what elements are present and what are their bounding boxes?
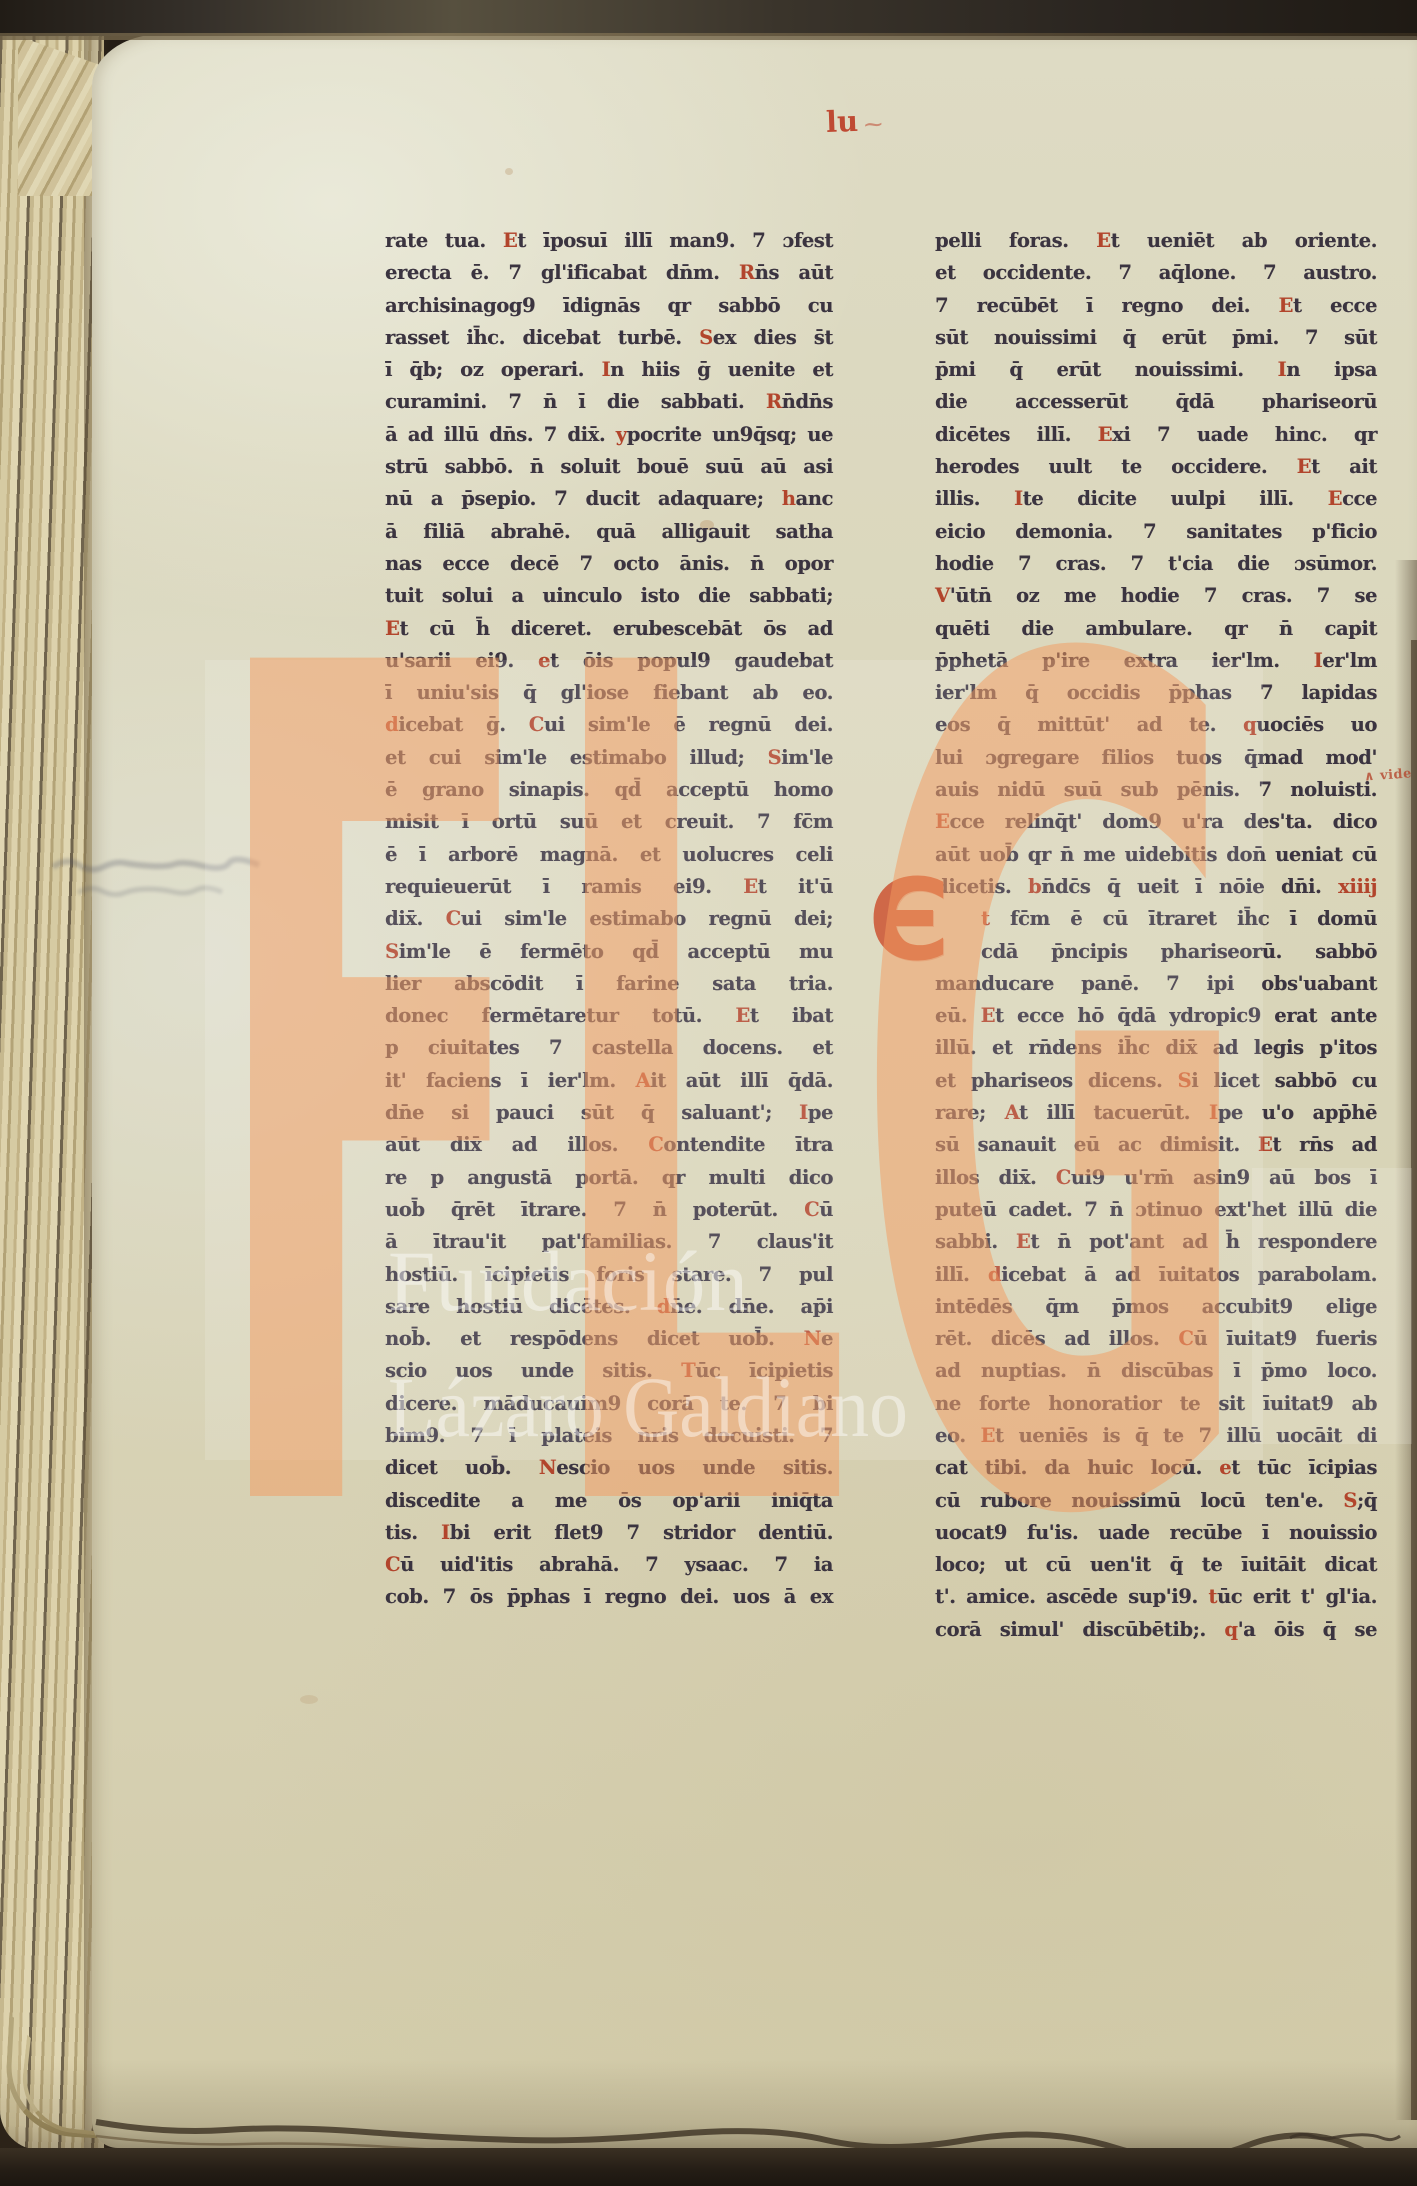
ink-text: cdā p̄ncipis phariseorū. sabbō	[981, 940, 1377, 963]
ink-text: ui9 u'rm̄ asin9 aū bos ī	[1071, 1166, 1377, 1189]
ink-text: icebat ā ad īuitatos parabolam.	[1001, 1263, 1377, 1286]
ink-text: icebat ḡ.	[398, 713, 529, 736]
ink-text: ex dies s̄t	[713, 326, 833, 349]
ink-text: escio uos unde sitis.	[556, 1456, 833, 1479]
ink-text: u'sarii ei9.	[385, 649, 538, 672]
offset-ink-ghost	[48, 845, 288, 915]
ink-text: rasset ih̄c. dicebat turbē.	[385, 326, 699, 349]
ink-text: t ibat	[750, 1004, 833, 1027]
ink-text: p̄phetā p'ire extra ier'lm.	[935, 649, 1314, 672]
book-top-edge	[0, 33, 1417, 40]
ink-text: cob. 7 ōs p̄phas ī regno dei. uos ā ex	[385, 1585, 833, 1608]
ink-text: n̄dc̄s q̄ ueit ī nōie dn̄i.	[1041, 875, 1338, 898]
ink-text: discedite a me ōs op'arii iniq̄ta	[385, 1489, 833, 1512]
rubric-text: I	[1209, 1101, 1218, 1124]
rubric-text: C	[446, 907, 461, 930]
ink-text: scio uos unde sitis.	[385, 1359, 681, 1382]
ink-text: pelli foras.	[935, 229, 1096, 252]
ink-text: n̄dn̄s	[782, 390, 833, 413]
ink-text: bi erit flet9 7 stridor dentiū.	[450, 1521, 833, 1544]
ink-text: lier abscōdit ī farine sata tria.	[385, 972, 833, 995]
ink-text: hostiū. īcipietis foris stare. 7 pul	[385, 1263, 833, 1286]
ink-text: im'le	[781, 746, 833, 769]
manuscript-text-line: ā filiā abrahē. quā alligauit satha	[385, 516, 833, 548]
rubric-text: R	[739, 261, 755, 284]
rubric-text: C	[385, 1553, 400, 1576]
ink-text: t rn̄s ad	[1272, 1133, 1377, 1156]
ink-text: it aūt illī q̄dā.	[650, 1069, 833, 1092]
ink-text: intēdēs q̄m p̄mos accubit9 elige	[935, 1295, 1377, 1318]
ink-text: archisinagog9 īdignās qr sabbō cu	[385, 294, 833, 317]
manuscript-text-line: ī uniu'sis q̄ gl'iose fiebant ab eo.	[385, 677, 833, 709]
ink-text: strū sabbō. n̄ soluit bouē suū aū asi	[385, 455, 833, 478]
manuscript-text-line: dix̄. Cui sim'le estimabo regnū dei;	[385, 903, 833, 935]
rubric-text: E	[981, 1004, 995, 1027]
manuscript-text-line: cdā p̄ncipis phariseorū. sabbō	[935, 936, 1377, 968]
ink-text: dicet uob̄.	[385, 1456, 539, 1479]
ink-text: misit ī ortū suū et creuit. 7 fc̄m	[385, 810, 833, 833]
ink-text: 7 recūbēt ī regno dei.	[935, 294, 1279, 317]
ink-text: tis.	[385, 1521, 441, 1544]
ink-text: t cū h̄ diceret. erubescebāt ōs ad	[399, 617, 833, 640]
manuscript-text-line: dn̄e si pauci sūt q̄ saluant'; Ipe	[385, 1097, 833, 1129]
manuscript-text-line: et cui sim'le estimabo illud; Sim'le	[385, 742, 833, 774]
manuscript-text-line: et phariseos dicens. Si licet sabbō cu	[935, 1065, 1377, 1097]
rubric-text: xiiij	[1338, 875, 1377, 898]
rubric-text: h	[782, 487, 796, 510]
rubric-text: E	[1096, 229, 1110, 252]
ink-text: bim9. 7 ī plateis n̄ris docuisti. 7	[385, 1424, 833, 1447]
manuscript-text-line: p̄mi q̄ erūt nouissimi. In ipsa	[935, 354, 1377, 386]
manuscript-text-line: eo. Et ueniēs is q̄ te 7 illū uocāit di	[935, 1420, 1377, 1452]
ink-text: aūt dix̄ ad illos.	[385, 1133, 648, 1156]
ink-text: et phariseos dicens.	[935, 1069, 1178, 1092]
rubric-text: C	[648, 1133, 663, 1156]
ink-text: 'ūtn̄ oz me hodie 7 cras. 7 se	[950, 584, 1377, 607]
manuscript-text-line: cob. 7 ōs p̄phas ī regno dei. uos ā ex	[385, 1581, 833, 1613]
ink-text: t ecce	[1293, 294, 1377, 317]
ink-text: dicere. māducauim9 corā te. 7 bi	[385, 1392, 833, 1415]
manuscript-text-line: rate tua. Et īposuī illī man9. 7 ɔfest	[385, 225, 833, 257]
manuscript-text-line: u'sarii ei9. et ōis popul9 gaudebat	[385, 645, 833, 677]
manuscript-text-line: manducare panē. 7 ipi obs'uabant	[935, 968, 1377, 1000]
page-bottom-shadow	[0, 2060, 1417, 2152]
manuscript-text-line: ē grano sinapis. qd̄ acceptū homo	[385, 774, 833, 806]
manuscript-text-line: eū. Et ecce hō q̄dā ydropic9 erat ante	[935, 1000, 1377, 1032]
ink-text: te dicite uulpi illī.	[1023, 487, 1328, 510]
manuscript-text-line: hostiū. īcipietis foris stare. 7 pul	[385, 1259, 833, 1291]
rubric-text: d	[657, 1295, 670, 1318]
ink-text: eos q̄ mittūt' ad te.	[935, 713, 1243, 736]
text-column-right: pelli foras. Et ueniēt ab oriente.et occ…	[935, 225, 1377, 1646]
ink-text: t'. amice. ascēde sup'i9.	[935, 1585, 1208, 1608]
manuscript-text-line: sabbi. Et n̄ pot'ant ad h̄ respondere	[935, 1226, 1377, 1258]
ink-text: ;q̄	[1357, 1489, 1377, 1512]
ink-text: die accesserūt q̄dā phariseorū	[935, 390, 1377, 413]
rubric-text: S	[699, 326, 713, 349]
foxing-spot	[505, 168, 513, 175]
rubric-text: A	[1005, 1101, 1019, 1124]
manuscript-text-line: dicētes illī. Exi 7 uade hinc. qr	[935, 419, 1377, 451]
ink-text: ī q̄b; oz operari.	[385, 358, 601, 381]
ink-text: sū sanauit eū ac dimisit.	[935, 1133, 1258, 1156]
manuscript-text-line: corā simul' discūbētib;. q'a ōis q̄ se	[935, 1614, 1377, 1646]
rubric-text: E	[1297, 455, 1311, 478]
ink-text: eicio demonia. 7 sanitates p'ficio	[935, 520, 1377, 543]
manuscript-text-line: lui ɔgregare filios tuos q̄mad mod'	[935, 742, 1377, 774]
manuscript-text-line: Cū uid'itis abrahā. 7 ysaac. 7 ia	[385, 1549, 833, 1581]
ink-text: eo.	[935, 1424, 981, 1447]
ink-text: uob̄ q̄rēt ītrare. 7 n̄ poterūt.	[385, 1198, 804, 1221]
ink-text: ier'lm q̄ occidis p̄phas 7 lapidas	[935, 681, 1377, 704]
manuscript-text-line: scio uos unde sitis. Tūc īcipietis	[385, 1355, 833, 1387]
manuscript-text-line: Ecce relinq̄t' dom9 u'ra des'ta. dico	[935, 806, 1377, 838]
manuscript-text-line: eicio demonia. 7 sanitates p'ficio	[935, 516, 1377, 548]
manuscript-text-line: rasset ih̄c. dicebat turbē. Sex dies s̄t	[385, 322, 833, 354]
rubric-text: q	[1243, 713, 1256, 736]
ink-text: ē ī arborē magnā. et uolucres celi	[385, 843, 833, 866]
rubric-text: E	[935, 810, 949, 833]
ink-text: t ecce hō q̄dā ydropic9 erat ante	[995, 1004, 1377, 1027]
ink-text: t ōis popul9 gaudebat	[550, 649, 833, 672]
ink-text: illos dix̄.	[935, 1166, 1056, 1189]
ink-text: ad nuptias. n̄ discūbas ī p̄mo loco.	[935, 1359, 1377, 1382]
manuscript-text-line: tuit solui a uinculo isto die sabbati;	[385, 580, 833, 612]
rubric-text: S	[767, 746, 781, 769]
text-column-left: rate tua. Et īposuī illī man9. 7 ɔfester…	[385, 225, 833, 1614]
manuscript-text-line: eos q̄ mittūt' ad te. quociēs uo	[935, 709, 1377, 741]
ink-text: requieuerūt ī ramis ei9.	[385, 875, 743, 898]
rubric-text: E	[385, 617, 399, 640]
ink-text: t tūc īcipias	[1231, 1456, 1377, 1479]
manuscript-text-line: dicebat ḡ. Cui sim'le ē regnū dei.	[385, 709, 833, 741]
header-flourish: ⁓	[864, 114, 883, 136]
ink-text: nas ecce decē 7 octo ānis. n̄ opor	[385, 552, 833, 575]
rubric-text: E	[1279, 294, 1293, 317]
manuscript-text-line: quēti die ambulare. qr n̄ capit	[935, 613, 1377, 645]
manuscript-text-line: p̄phetā p'ire extra ier'lm. Ier'lm	[935, 645, 1377, 677]
foxing-spot	[300, 1695, 318, 1704]
manuscript-text-line: intēdēs q̄m p̄mos accubit9 elige	[935, 1291, 1377, 1323]
rubric-text: N	[539, 1456, 556, 1479]
ink-text: t ueniēs is q̄ te 7 illū uocāit di	[995, 1424, 1377, 1447]
rubric-text: b	[1028, 875, 1041, 898]
ink-text: nob̄. et respōdens dicet uob̄.	[385, 1327, 804, 1350]
manuscript-text-line: dicet uob̄. Nescio uos unde sitis.	[385, 1452, 833, 1484]
photo-bottom-border	[0, 2148, 1417, 2186]
ink-text: im'le ē fermēto qd̄ acceptū mu	[399, 940, 833, 963]
ink-text: eū.	[935, 1004, 981, 1027]
manuscript-text-line: pelli foras. Et ueniēt ab oriente.	[935, 225, 1377, 257]
page-right-edge-line	[1411, 640, 1417, 2120]
rubric-text: t	[981, 907, 990, 930]
manuscript-text-line: misit ī ortū suū et creuit. 7 fc̄m	[385, 806, 833, 838]
manuscript-text-line: lier abscōdit ī farine sata tria.	[385, 968, 833, 1000]
ink-text: donec fermētaretur totū.	[385, 1004, 735, 1027]
ink-text: pocrite un9q̄sq; ue	[627, 423, 833, 446]
ink-text: illī.	[935, 1263, 988, 1286]
rubric-text: y	[616, 423, 627, 446]
rubric-text: T	[681, 1359, 695, 1382]
manuscript-text-line: sū sanauit eū ac dimisit. Et rn̄s ad	[935, 1129, 1377, 1161]
rubric-text: I	[601, 358, 610, 381]
ink-text: hodie 7 cras. 7 t'cia die ɔsūmor.	[935, 552, 1377, 575]
manuscript-text-line: strū sabbō. n̄ soluit bouē suū aū asi	[385, 451, 833, 483]
ink-text: ā ad illū dn̄s. 7 dix̄.	[385, 423, 616, 446]
manuscript-text-line: auis nidū suū sub pēnis. 7 noluisti.	[935, 774, 1377, 806]
ink-text: er'lm	[1322, 649, 1377, 672]
rubric-text: V	[935, 584, 950, 607]
rubric-text: E	[1328, 487, 1342, 510]
manuscript-text-line: sare hostiū dicētes. dn̄e. dn̄e. ap̄i	[385, 1291, 833, 1323]
rubric-text: t	[1208, 1585, 1217, 1608]
ink-text: dix̄.	[385, 907, 446, 930]
ink-text: ūc erit t' gl'ia.	[1217, 1585, 1377, 1608]
ink-text: quēti die ambulare. qr n̄ capit	[935, 617, 1377, 640]
rubric-text: E	[743, 875, 757, 898]
ink-text: lui ɔgregare filios tuos q̄mad mod'	[935, 746, 1377, 769]
ink-text: ē grano sinapis. qd̄ acceptū homo	[385, 778, 833, 801]
manuscript-text-line: et occidente. 7 aq̄lone. 7 austro.	[935, 257, 1377, 289]
ink-text: uociēs uo	[1256, 713, 1377, 736]
rubric-text: C	[804, 1198, 819, 1221]
manuscript-text-line: cū rubore nouissimū locū ten'e. S;q̄	[935, 1485, 1377, 1517]
manuscript-text-line: loco; ut cū uen'it q̄ te īuitāit dicat	[935, 1549, 1377, 1581]
ink-text: t illī tacuerūt.	[1019, 1101, 1209, 1124]
ink-text: erecta ē. 7 gl'ificabat dn̄m.	[385, 261, 739, 284]
ink-text: t n̄ pot'ant ad h̄ respondere	[1030, 1230, 1377, 1253]
ink-text: ūc īcipietis	[695, 1359, 833, 1382]
manuscript-text-line: erecta ē. 7 gl'ificabat dn̄m. Rn̄s aūt	[385, 257, 833, 289]
decorated-initial-E: Є	[868, 876, 950, 966]
manuscript-text-line: hodie 7 cras. 7 t'cia die ɔsūmor.	[935, 548, 1377, 580]
ink-text: n hiis ḡ uenite et	[610, 358, 833, 381]
manuscript-text-line: it' faciens ī ier'lm. Ait aūt illī q̄dā.	[385, 1065, 833, 1097]
ink-text: t īposuī illī man9. 7 ɔfest	[517, 229, 833, 252]
rubric-text: S	[1343, 1489, 1357, 1512]
manuscript-text-line: archisinagog9 īdignās qr sabbō cu	[385, 290, 833, 322]
ink-text: fc̄m ē cū ītraret ih̄c ī domū	[990, 907, 1377, 930]
manuscript-text-line: illos dix̄. Cui9 u'rm̄ asin9 aū bos ī	[935, 1162, 1377, 1194]
ink-text: sabbi.	[935, 1230, 1016, 1253]
manuscript-photo: { "header": { "folio_mark": "lu", "flour…	[0, 0, 1417, 2186]
rubric-text: I	[799, 1101, 808, 1124]
ink-text: sare hostiū dicētes.	[385, 1295, 657, 1318]
ink-text: ū īuitat9 fueris	[1194, 1327, 1378, 1350]
ink-text: tuit solui a uinculo isto die sabbati;	[385, 584, 833, 607]
manuscript-text-line: ā ad illū dn̄s. 7 dix̄. ypocrite un9q̄sq…	[385, 419, 833, 451]
ink-text: loco; ut cū uen'it q̄ te īuitāit dicat	[935, 1553, 1377, 1576]
manuscript-text-line: tis. Ibi erit flet9 7 stridor dentiū.	[385, 1517, 833, 1549]
ink-text: ui sim'le ē regnū dei.	[544, 713, 833, 736]
rubric-text: E	[1016, 1230, 1030, 1253]
manuscript-text-line: re p angustā portā. qr multi dico	[385, 1162, 833, 1194]
manuscript-text-line: ne forte honoratior te sit īuitat9 ab	[935, 1388, 1377, 1420]
manuscript-text-line: uob̄ q̄rēt ītrare. 7 n̄ poterūt. Cū	[385, 1194, 833, 1226]
ink-text: auis nidū suū sub pēnis. 7 noluisti.	[935, 778, 1377, 801]
ink-text: et occidente. 7 aq̄lone. 7 austro.	[935, 261, 1377, 284]
running-header-text: lu	[825, 104, 858, 139]
rubric-text: I	[441, 1521, 450, 1544]
rubric-text: E	[981, 1424, 995, 1447]
ink-text: ne forte honoratior te sit īuitat9 ab	[935, 1392, 1377, 1415]
manuscript-text-line: nas ecce decē 7 octo ānis. n̄ opor	[385, 548, 833, 580]
manuscript-text-line: nū a p̄sepio. 7 ducit adaquare; hanc	[385, 483, 833, 515]
ink-text: et cui sim'le estimabo illud;	[385, 746, 767, 769]
manuscript-text-line: die accesserūt q̄dā phariseorū	[935, 386, 1377, 418]
manuscript-text-line: uocat9 fu'is. uade recūbe ī nouissio	[935, 1517, 1377, 1549]
manuscript-text-line: ier'lm q̄ occidis p̄phas 7 lapidas	[935, 677, 1377, 709]
ink-text: rēt. dicēs ad illos.	[935, 1327, 1178, 1350]
ink-text: p ciuitates 7 castella docens. et	[385, 1036, 833, 1059]
manuscript-text-line: ad nuptias. n̄ discūbas ī p̄mo loco.	[935, 1355, 1377, 1387]
rubric-text: A	[636, 1069, 651, 1092]
ink-text: nū a p̄sepio. 7 ducit adaquare;	[385, 487, 782, 510]
ink-text: e	[821, 1327, 833, 1350]
manuscript-text-line: ē ī arborē magnā. et uolucres celi	[385, 839, 833, 871]
manuscript-text-line: cat tibi. da huic locū. et tūc īcipias	[935, 1452, 1377, 1484]
ink-text: pe u'o app̄hē	[1218, 1101, 1377, 1124]
manuscript-text-line: nob̄. et respōdens dicet uob̄. Ne	[385, 1323, 833, 1355]
rubric-text: E	[503, 229, 517, 252]
manuscript-text-line: puteū cadet. 7 n̄ ɔtinuo ext'het illū di…	[935, 1194, 1377, 1226]
manuscript-text-line: p ciuitates 7 castella docens. et	[385, 1032, 833, 1064]
manuscript-text-line: rare; At illī tacuerūt. Ipe u'o app̄hē	[935, 1097, 1377, 1129]
manuscript-text-line: illis. Ite dicite uulpi illī. Ecce	[935, 483, 1377, 515]
manuscript-text-line: illū. et rn̄dens ih̄c dix̄ ad legis p'it…	[935, 1032, 1377, 1064]
manuscript-text-line: illī. dicebat ā ad īuitatos parabolam.	[935, 1259, 1377, 1291]
ink-text: ui sim'le estimabo regnū dei;	[461, 907, 833, 930]
ink-text: ā filiā abrahē. quā alligauit satha	[385, 520, 833, 543]
ink-text: rare;	[935, 1101, 1005, 1124]
ink-text: illū. et rn̄dens ih̄c dix̄ ad legis p'it…	[935, 1036, 1377, 1059]
manuscript-text-line: sūt nouissimi q̄ erūt p̄mi. 7 sūt	[935, 322, 1377, 354]
ink-text: t it'ū	[758, 875, 833, 898]
manuscript-text-line: ā ītrau'it pat'familias. 7 claus'it	[385, 1226, 833, 1258]
ink-text: n ipsa	[1286, 358, 1377, 381]
manuscript-text-line: discedite a me ōs op'arii iniq̄ta	[385, 1485, 833, 1517]
rubric-text: E	[1098, 423, 1112, 446]
rubric-text: E	[735, 1004, 749, 1027]
manuscript-text-line: t'. amice. ascēde sup'i9. tūc erit t' gl…	[935, 1581, 1377, 1613]
manuscript-text-line: 7 recūbēt ī regno dei. Et ecce	[935, 290, 1377, 322]
ink-text: anc	[796, 487, 834, 510]
ink-text: cū rubore nouissimū locū ten'e.	[935, 1489, 1343, 1512]
ink-text: puteū cadet. 7 n̄ ɔtinuo ext'het illū di…	[935, 1198, 1377, 1221]
rubric-text: N	[804, 1327, 821, 1350]
rubric-text: R	[766, 390, 782, 413]
rubric-text: C	[1178, 1327, 1193, 1350]
ink-text: ū	[819, 1198, 833, 1221]
ink-text: t ueniēt ab oriente.	[1111, 229, 1377, 252]
ink-text: cce relinq̄t' dom9 u'ra des'ta. dico	[949, 810, 1377, 833]
ink-text: dicētes illī.	[935, 423, 1098, 446]
rubric-text: S	[385, 940, 399, 963]
ink-text: manducare panē. 7 ipi obs'uabant	[935, 972, 1377, 995]
rubric-text: S	[1178, 1069, 1192, 1092]
rubric-text: d	[988, 1263, 1001, 1286]
photo-top-border	[0, 0, 1417, 36]
manuscript-text-line: Et cū h̄ diceret. erubescebāt ōs ad	[385, 613, 833, 645]
rubric-text: I	[1014, 487, 1023, 510]
rubric-text: C	[529, 713, 544, 736]
rubric-text: e	[1219, 1456, 1231, 1479]
ink-text: curamini. 7 n̄ ī die sabbati.	[385, 390, 766, 413]
rubric-text: e	[538, 649, 550, 672]
rubric-text: d	[385, 713, 398, 736]
running-header-luke: lu⁓	[825, 103, 882, 139]
manuscript-text-line: herodes uult te occidere. Et ait	[935, 451, 1377, 483]
ink-text: cce	[1342, 487, 1377, 510]
ink-text: i licet sabbō cu	[1191, 1069, 1377, 1092]
ink-text: n̄e. dn̄e. ap̄i	[670, 1295, 833, 1318]
manuscript-text-line: aūt uob̄ qr n̄ me uidebitis don̄ ueniat …	[935, 839, 1377, 871]
ink-text: it' faciens ī ier'lm.	[385, 1069, 636, 1092]
ink-text: pe	[808, 1101, 833, 1124]
rubric-text: q	[1224, 1618, 1237, 1641]
manuscript-text-line: t fc̄m ē cū ītraret ih̄c ī domū	[935, 903, 1377, 935]
ink-text: sūt nouissimi q̄ erūt p̄mi. 7 sūt	[935, 326, 1377, 349]
rubric-text: I	[1314, 649, 1323, 672]
ink-text: p̄mi q̄ erūt nouissimi.	[935, 358, 1278, 381]
manuscript-text-line: requieuerūt ī ramis ei9. Et it'ū	[385, 871, 833, 903]
ink-text: dn̄e si pauci sūt q̄ saluant';	[385, 1101, 799, 1124]
rubric-text: C	[1056, 1166, 1071, 1189]
manuscript-text-line: dicere. māducauim9 corā te. 7 bi	[385, 1388, 833, 1420]
ink-text: uocat9 fu'is. uade recūbe ī nouissio	[935, 1521, 1377, 1544]
ink-text: herodes uult te occidere.	[935, 455, 1297, 478]
ink-text: aūt uob̄ qr n̄ me uidebitis don̄ ueniat …	[935, 843, 1377, 866]
manuscript-text-line: aūt dix̄ ad illos. Contendite ītra	[385, 1129, 833, 1161]
manuscript-text-line: rēt. dicēs ad illos. Cū īuitat9 fueris	[935, 1323, 1377, 1355]
manuscript-text-line: curamini. 7 n̄ ī die sabbati. Rn̄dn̄s	[385, 386, 833, 418]
ink-text: t ait	[1311, 455, 1377, 478]
rubric-text: I	[1278, 358, 1287, 381]
manuscript-text-line: ī q̄b; oz operari. In hiis ḡ uenite et	[385, 354, 833, 386]
ink-text: n̄s aūt	[755, 261, 833, 284]
ink-text: cat tibi. da huic locū.	[935, 1456, 1219, 1479]
manuscript-text-line: Sim'le ē fermēto qd̄ acceptū mu	[385, 936, 833, 968]
ink-text: re p angustā portā. qr multi dico	[385, 1166, 833, 1189]
ink-text: xi 7 uade hinc. qr	[1112, 423, 1377, 446]
ink-text: corā simul' discūbētib;.	[935, 1618, 1224, 1641]
manuscript-text-line: donec fermētaretur totū. Et ibat	[385, 1000, 833, 1032]
ink-text: 'a ōis q̄ se	[1238, 1618, 1377, 1641]
ink-text: rate tua.	[385, 229, 503, 252]
ink-text: ā ītrau'it pat'familias. 7 claus'it	[385, 1230, 833, 1253]
ink-text: ū uid'itis abrahā. 7 ysaac. 7 ia	[400, 1553, 833, 1576]
rubric-text: E	[1258, 1133, 1272, 1156]
ink-text: ī uniu'sis q̄ gl'iose fiebant ab eo.	[385, 681, 833, 704]
ink-text: illis.	[935, 487, 1014, 510]
manuscript-text-line: dicetis. bn̄dc̄s q̄ ueit ī nōie dn̄i. xi…	[935, 871, 1377, 903]
manuscript-text-line: V'ūtn̄ oz me hodie 7 cras. 7 se	[935, 580, 1377, 612]
manuscript-text-line: bim9. 7 ī plateis n̄ris docuisti. 7	[385, 1420, 833, 1452]
ink-text: ontendite ītra	[663, 1133, 833, 1156]
